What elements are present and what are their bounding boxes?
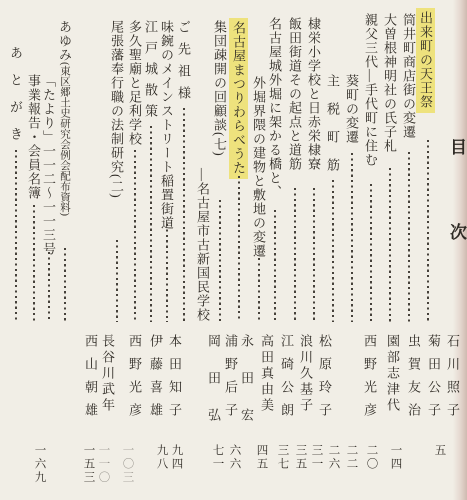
toc-entry-page: 二二 bbox=[345, 444, 357, 471]
toc-entry-author: 長谷川武年 bbox=[101, 334, 114, 414]
toc-entry-title: 飯田街道その起点と道筋 bbox=[288, 17, 301, 171]
toc-entry-title: 味鋺のメインストリート稲置街道 bbox=[160, 20, 173, 230]
toc-entry-title: ご先祖様 bbox=[177, 20, 190, 108]
toc-entry-title: 葵町の変遷 bbox=[345, 74, 358, 144]
dotted-leader bbox=[150, 126, 152, 322]
dotted-leader bbox=[408, 152, 410, 322]
toc-entry-title: 江戸城散策 bbox=[144, 20, 157, 125]
dotted-leader bbox=[166, 224, 168, 322]
dotted-leader bbox=[258, 258, 260, 322]
toc-entry-page: 七一 bbox=[211, 444, 223, 471]
toc-entry-page: 二六 bbox=[327, 444, 339, 471]
toc-entry-title-text: あゆみ bbox=[57, 20, 72, 62]
toc-entry-page: 三五 bbox=[294, 444, 306, 471]
dotted-leader bbox=[238, 176, 240, 322]
toc-entry-author: 石川照子 bbox=[446, 334, 459, 426]
toc-page: 目次 出来町の天王祭 石川照子 五 筒井町商店街の変遷 菊田公子 大曽根神明社の… bbox=[0, 0, 467, 500]
dotted-leader bbox=[183, 108, 185, 322]
toc-entry-title: 尾張藩奉行職の法制研究(二) bbox=[110, 20, 123, 199]
toc-entry-page: 六六 bbox=[228, 444, 240, 471]
toc-entry-page: 三一 bbox=[310, 444, 322, 471]
toc-entry-author: 浦野后子 bbox=[224, 334, 237, 426]
toc-entry-author: 虫賀友治 bbox=[407, 334, 420, 426]
dotted-leader bbox=[332, 180, 334, 322]
toc-entry-author: 高田真由美 bbox=[260, 334, 273, 414]
toc-entry-title: 名古屋城外堀に架かる橋と、 bbox=[268, 17, 281, 199]
dotted-leader bbox=[116, 240, 118, 322]
toc-entry-title: 出来町の天王祭 bbox=[419, 8, 432, 113]
dotted-leader bbox=[313, 188, 315, 322]
dotted-leader bbox=[389, 168, 391, 322]
toc-entry-title: 「たより」一一二〜一一三号 bbox=[42, 74, 55, 256]
toc-entry-author: 伊藤喜雄 bbox=[149, 334, 162, 426]
toc-entry-title: 事業報告・会員名簿 bbox=[27, 74, 40, 200]
toc-entry-author: 永田宏 bbox=[240, 334, 253, 445]
toc-entry-page: 三七 bbox=[276, 444, 288, 471]
toc-entry-page: 一〇三 bbox=[121, 444, 133, 485]
toc-entry-title-line2: 外堀界隈の建物と敷地の変遷 bbox=[252, 76, 265, 258]
toc-entry-page: 一四 bbox=[389, 444, 401, 471]
toc-entry-title: 親父三代―手代町に住む bbox=[364, 13, 377, 167]
dotted-leader bbox=[351, 153, 353, 322]
toc-entry-page: 二〇 bbox=[365, 444, 377, 471]
toc-entry-author: 松原玲子 bbox=[318, 334, 331, 426]
highlight: 出来町の天王祭 bbox=[416, 8, 435, 113]
dotted-leader bbox=[274, 210, 276, 322]
toc-entry-page: 一五三 bbox=[82, 444, 94, 485]
toc-entry-title: 棣栄小学校と日赤栄棣寮 bbox=[307, 17, 320, 171]
toc-entry-page: 五 bbox=[433, 444, 445, 458]
toc-entry-title: 多久聖廟と足利学校 bbox=[128, 20, 141, 146]
dotted-leader bbox=[64, 248, 66, 322]
toc-entry-author: 岡田弘 bbox=[207, 334, 220, 445]
toc-entry-author: 菊田公子 bbox=[427, 334, 440, 426]
toc-entry-title: 筒井町商店街の変遷 bbox=[402, 13, 415, 139]
toc-entry-title-line2: ―名古屋市古新国民学校 bbox=[196, 168, 209, 322]
toc-entry-author: 本田知子 bbox=[168, 334, 181, 426]
toc-entry-page: 四五 bbox=[255, 444, 267, 471]
toc-entry-page: 一一〇 bbox=[97, 444, 109, 485]
toc-entry-title: 名古屋まつりわらべうた bbox=[232, 18, 245, 179]
toc-entry-title-note: (東区郷土史研究会例会配布資料) bbox=[59, 62, 70, 216]
toc-entry-author: 浪川久基子 bbox=[299, 334, 312, 414]
dotted-leader bbox=[134, 150, 136, 322]
dotted-leader bbox=[15, 150, 17, 322]
toc-entry-page: 九八 bbox=[155, 444, 167, 471]
toc-entry-author: 園部志津代 bbox=[386, 334, 399, 414]
toc-entry-author: 江碕公朗 bbox=[280, 334, 293, 426]
toc-entry-title: あゆみ(東区郷土史研究会例会配布資料) bbox=[58, 20, 71, 216]
toc-entry-page: 九四 bbox=[170, 444, 182, 471]
dotted-leader bbox=[219, 200, 221, 322]
dotted-leader bbox=[294, 188, 296, 322]
dotted-leader bbox=[48, 252, 50, 322]
toc-entry-author: 西山朝雄 bbox=[84, 334, 97, 426]
dotted-leader bbox=[370, 184, 372, 322]
dotted-leader bbox=[33, 205, 35, 322]
toc-entry-title: あとがき bbox=[9, 46, 22, 154]
toc-entry-author: 西野光彦 bbox=[363, 334, 376, 426]
highlight: 名古屋まつりわらべうた bbox=[229, 18, 248, 179]
dotted-leader bbox=[427, 140, 429, 322]
page-title: 目次 bbox=[444, 138, 467, 308]
toc-entry-title: 集団疎開の回顧談(七) bbox=[213, 20, 226, 157]
toc-entry-title: 主税町筋 bbox=[326, 74, 339, 186]
toc-entry-page: 一六九 bbox=[33, 444, 45, 485]
toc-entry-author: 西野光彦 bbox=[128, 334, 141, 426]
toc-entry-title: 大曽根神明社の氏子札 bbox=[383, 13, 396, 153]
